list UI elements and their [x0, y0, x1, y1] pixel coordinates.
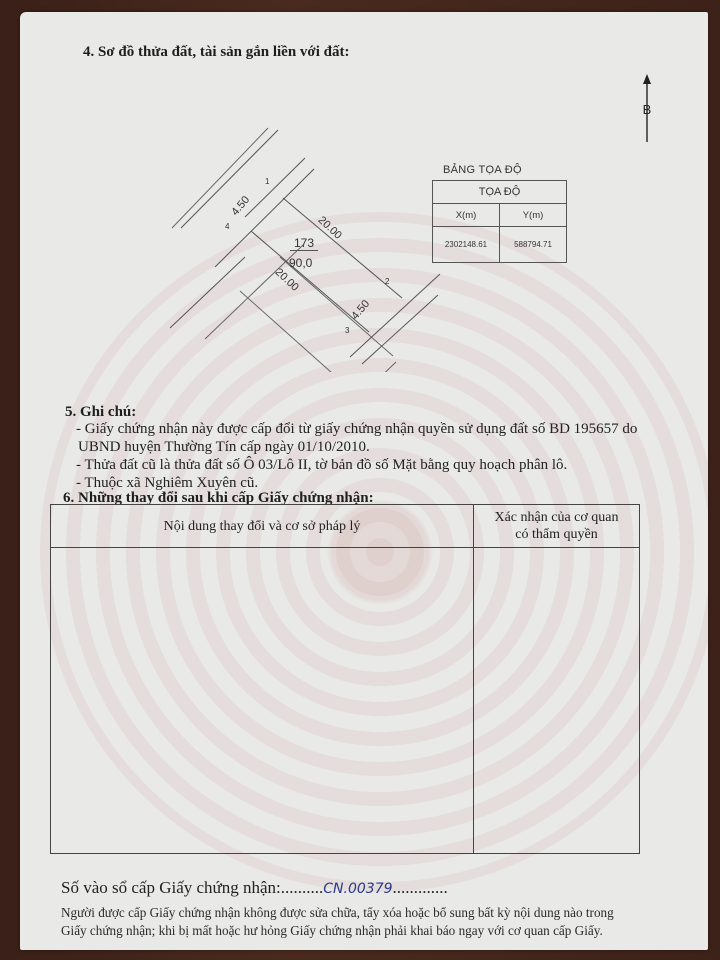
changes-content-cell — [51, 548, 474, 854]
note-line-3: - Thửa đất cũ là thửa đất số Ô 03/Lô II,… — [76, 456, 567, 475]
coord-col-x: X(m) — [433, 204, 500, 227]
coord-table-header: TỌA ĐỘ — [433, 181, 567, 204]
footer-line-2: Giấy chứng nhận; khi bị mất hoặc hư hỏng… — [61, 922, 614, 940]
footer-notice: Người được cấp Giấy chứng nhận không đượ… — [61, 904, 614, 940]
svg-text:B: B — [643, 102, 652, 117]
changes-col-content: Nội dung thay đổi và cơ sở pháp lý — [51, 505, 474, 548]
registry-number: CN.00379 — [323, 881, 392, 897]
vertex-1: 1 — [265, 177, 269, 186]
note-line-1: - Giấy chứng nhận này được cấp đổi từ gi… — [76, 420, 637, 439]
parcel-area: 90,0 — [289, 256, 312, 270]
registry-line: Số vào sổ cấp Giấy chứng nhận:..........… — [61, 878, 448, 898]
coord-x-value: 2302148.61 — [433, 227, 500, 263]
changes-table: Nội dung thay đổi và cơ sở pháp lý Xác n… — [50, 504, 640, 854]
vertex-4: 4 — [225, 222, 229, 231]
confirmation-line-1: Xác nhận của cơ quan — [475, 509, 638, 526]
changes-col-confirmation: Xác nhận của cơ quan có thẩm quyền — [474, 505, 640, 548]
vertex-2: 2 — [385, 277, 389, 286]
north-arrow-icon: B — [637, 74, 657, 144]
section5-heading: 5. Ghi chú: — [65, 404, 136, 421]
footer-line-1: Người được cấp Giấy chứng nhận không đượ… — [61, 904, 614, 922]
registry-dots-before: .......... — [281, 878, 324, 897]
changes-confirmation-cell — [474, 548, 640, 854]
section4-heading: 4. Sơ đồ thửa đất, tài sản gắn liền với … — [83, 44, 350, 61]
registry-dots-after: ............. — [393, 878, 448, 897]
coord-table-title: BẢNG TỌA ĐỘ — [443, 164, 522, 176]
registry-label: Số vào sổ cấp Giấy chứng nhận: — [61, 878, 281, 897]
confirmation-line-2: có thẩm quyền — [475, 526, 638, 543]
coord-table: TỌA ĐỘ X(m) Y(m) 2302148.61 588794.71 — [432, 180, 567, 263]
vertex-3: 3 — [345, 326, 349, 335]
coord-col-y: Y(m) — [500, 204, 567, 227]
note-line-2: UBND huyện Thường Tín cấp ngày 01/10/201… — [78, 438, 370, 457]
coord-y-value: 588794.71 — [500, 227, 567, 263]
certificate-page: 4. Sơ đồ thửa đất, tài sản gắn liền với … — [20, 12, 708, 950]
parcel-number: 173 — [290, 236, 318, 251]
